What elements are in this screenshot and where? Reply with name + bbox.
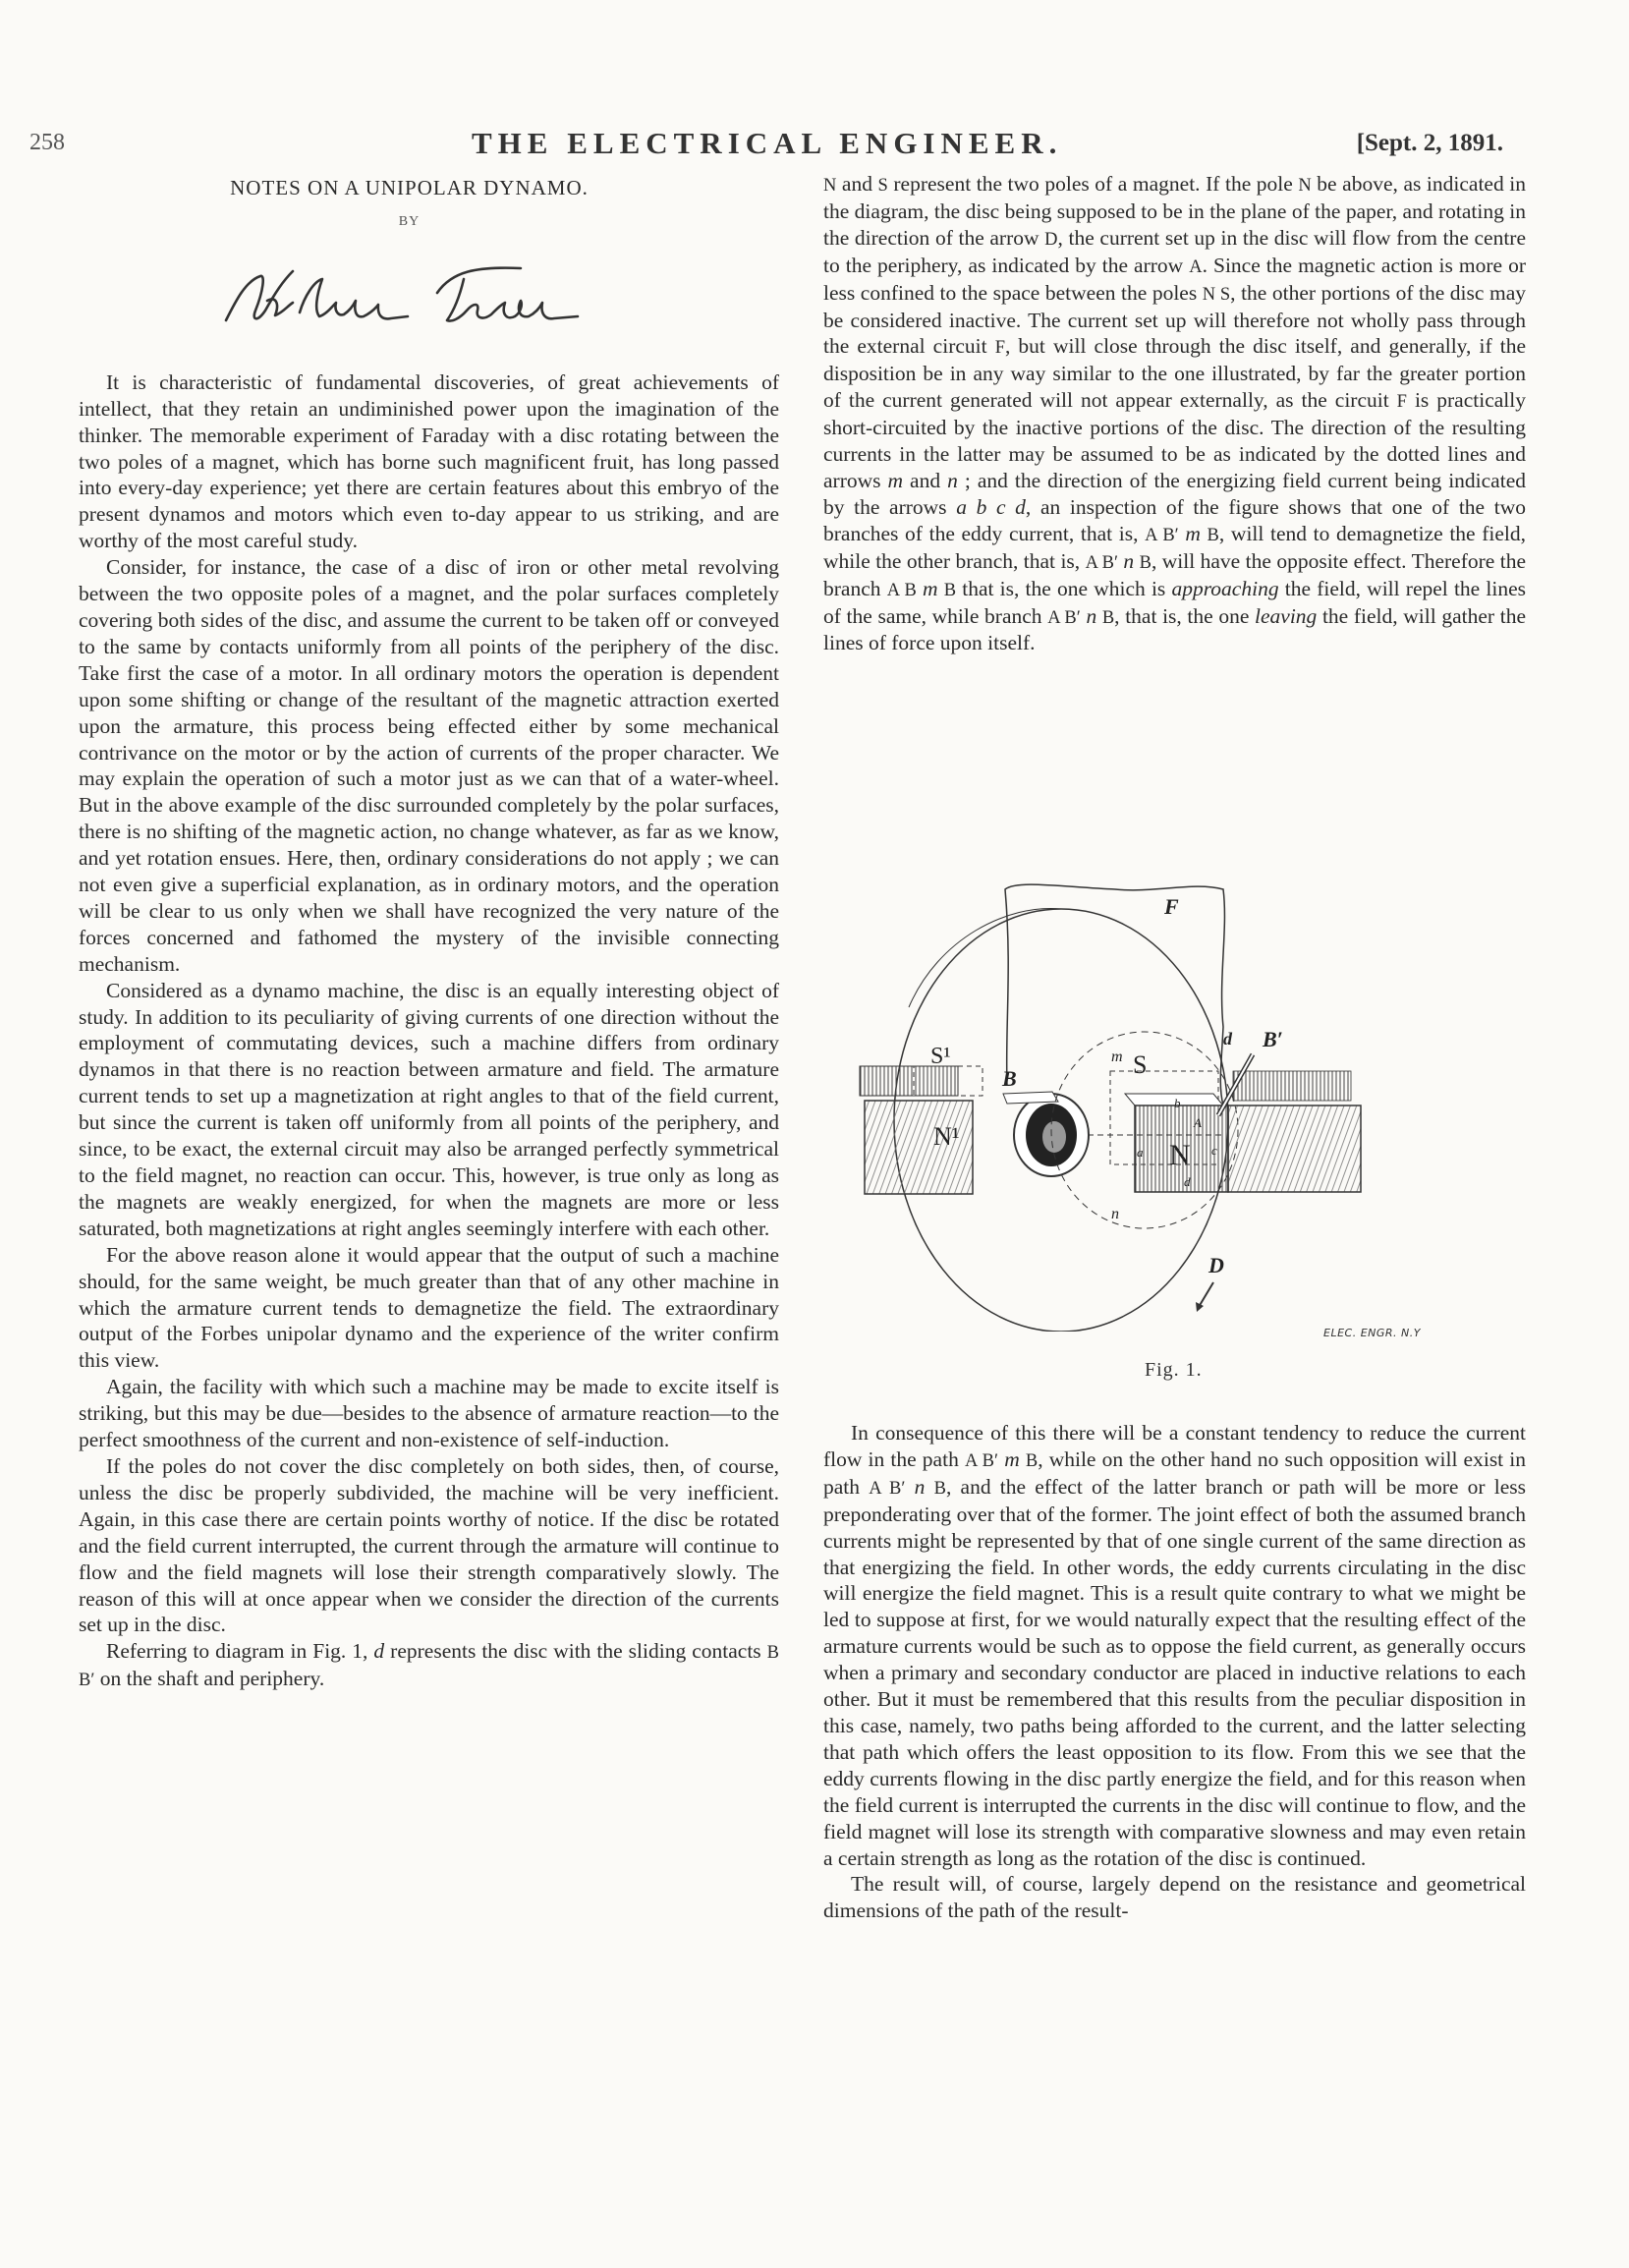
byline: BY <box>79 209 779 236</box>
svg-text:S¹: S¹ <box>930 1044 951 1069</box>
svg-text:c: c <box>1211 1143 1217 1158</box>
paragraph: It is characteristic of fundamental disc… <box>79 369 779 554</box>
svg-text:B: B <box>1001 1066 1017 1091</box>
paragraph: If the poles do not cover the disc compl… <box>79 1453 779 1638</box>
unipolar-dynamo-diagram-icon: F B B′ d D S¹ N¹ S N m n A a b c d <box>820 870 1528 1332</box>
page-number: 258 <box>29 130 65 156</box>
figure-caption: Fig. 1. <box>1145 1359 1203 1382</box>
author-signature: Nikola Tesla <box>79 242 779 360</box>
issue-date: [Sept. 2, 1891. <box>1357 130 1503 157</box>
paragraph: Consider, for instance, the case of a di… <box>79 554 779 978</box>
article-title: NOTES ON A UNIPOLAR DYNAMO. <box>79 175 779 201</box>
figure-unipolar-dynamo: F B B′ d D S¹ N¹ S N m n A a b c d ELEC.… <box>820 870 1528 1381</box>
svg-text:n: n <box>1111 1206 1119 1222</box>
paragraph: The result will, of course, largely depe… <box>823 1871 1526 1924</box>
svg-text:m: m <box>1111 1049 1123 1065</box>
signature-icon: Nikola Tesla <box>206 242 619 350</box>
svg-text:b: b <box>1174 1096 1181 1110</box>
svg-text:N: N <box>1169 1139 1191 1171</box>
svg-text:B′: B′ <box>1262 1027 1283 1051</box>
left-column: NOTES ON A UNIPOLAR DYNAMO. BY Nikola Te… <box>79 175 779 1693</box>
paragraph: Again, the facility with which such a ma… <box>79 1374 779 1453</box>
page-header: 258 THE ELECTRICAL ENGINEER. [Sept. 2, 1… <box>29 126 1503 165</box>
paragraph: Referring to diagram in Fig. 1, d repres… <box>79 1638 779 1693</box>
svg-text:d: d <box>1184 1174 1191 1189</box>
journal-title: THE ELECTRICAL ENGINEER. <box>472 126 1062 161</box>
svg-text:D: D <box>1208 1253 1224 1277</box>
svg-text:d: d <box>1223 1029 1233 1049</box>
paragraph: For the above reason alone it would appe… <box>79 1242 779 1375</box>
svg-text:A: A <box>1193 1115 1202 1130</box>
svg-text:a: a <box>1137 1145 1144 1160</box>
figure-credit: ELEC. ENGR. N.Y <box>1323 1327 1421 1339</box>
right-column-bottom: In consequence of this there will be a c… <box>823 1420 1526 1924</box>
paragraph: Considered as a dynamo machine, the disc… <box>79 978 779 1242</box>
paragraph: In consequence of this there will be a c… <box>823 1420 1526 1871</box>
svg-text:N¹: N¹ <box>933 1122 960 1151</box>
svg-text:F: F <box>1163 894 1179 919</box>
svg-text:S: S <box>1133 1050 1147 1079</box>
right-column-top: N and S represent the two poles of a mag… <box>823 171 1526 656</box>
paragraph: N and S represent the two poles of a mag… <box>823 171 1526 656</box>
